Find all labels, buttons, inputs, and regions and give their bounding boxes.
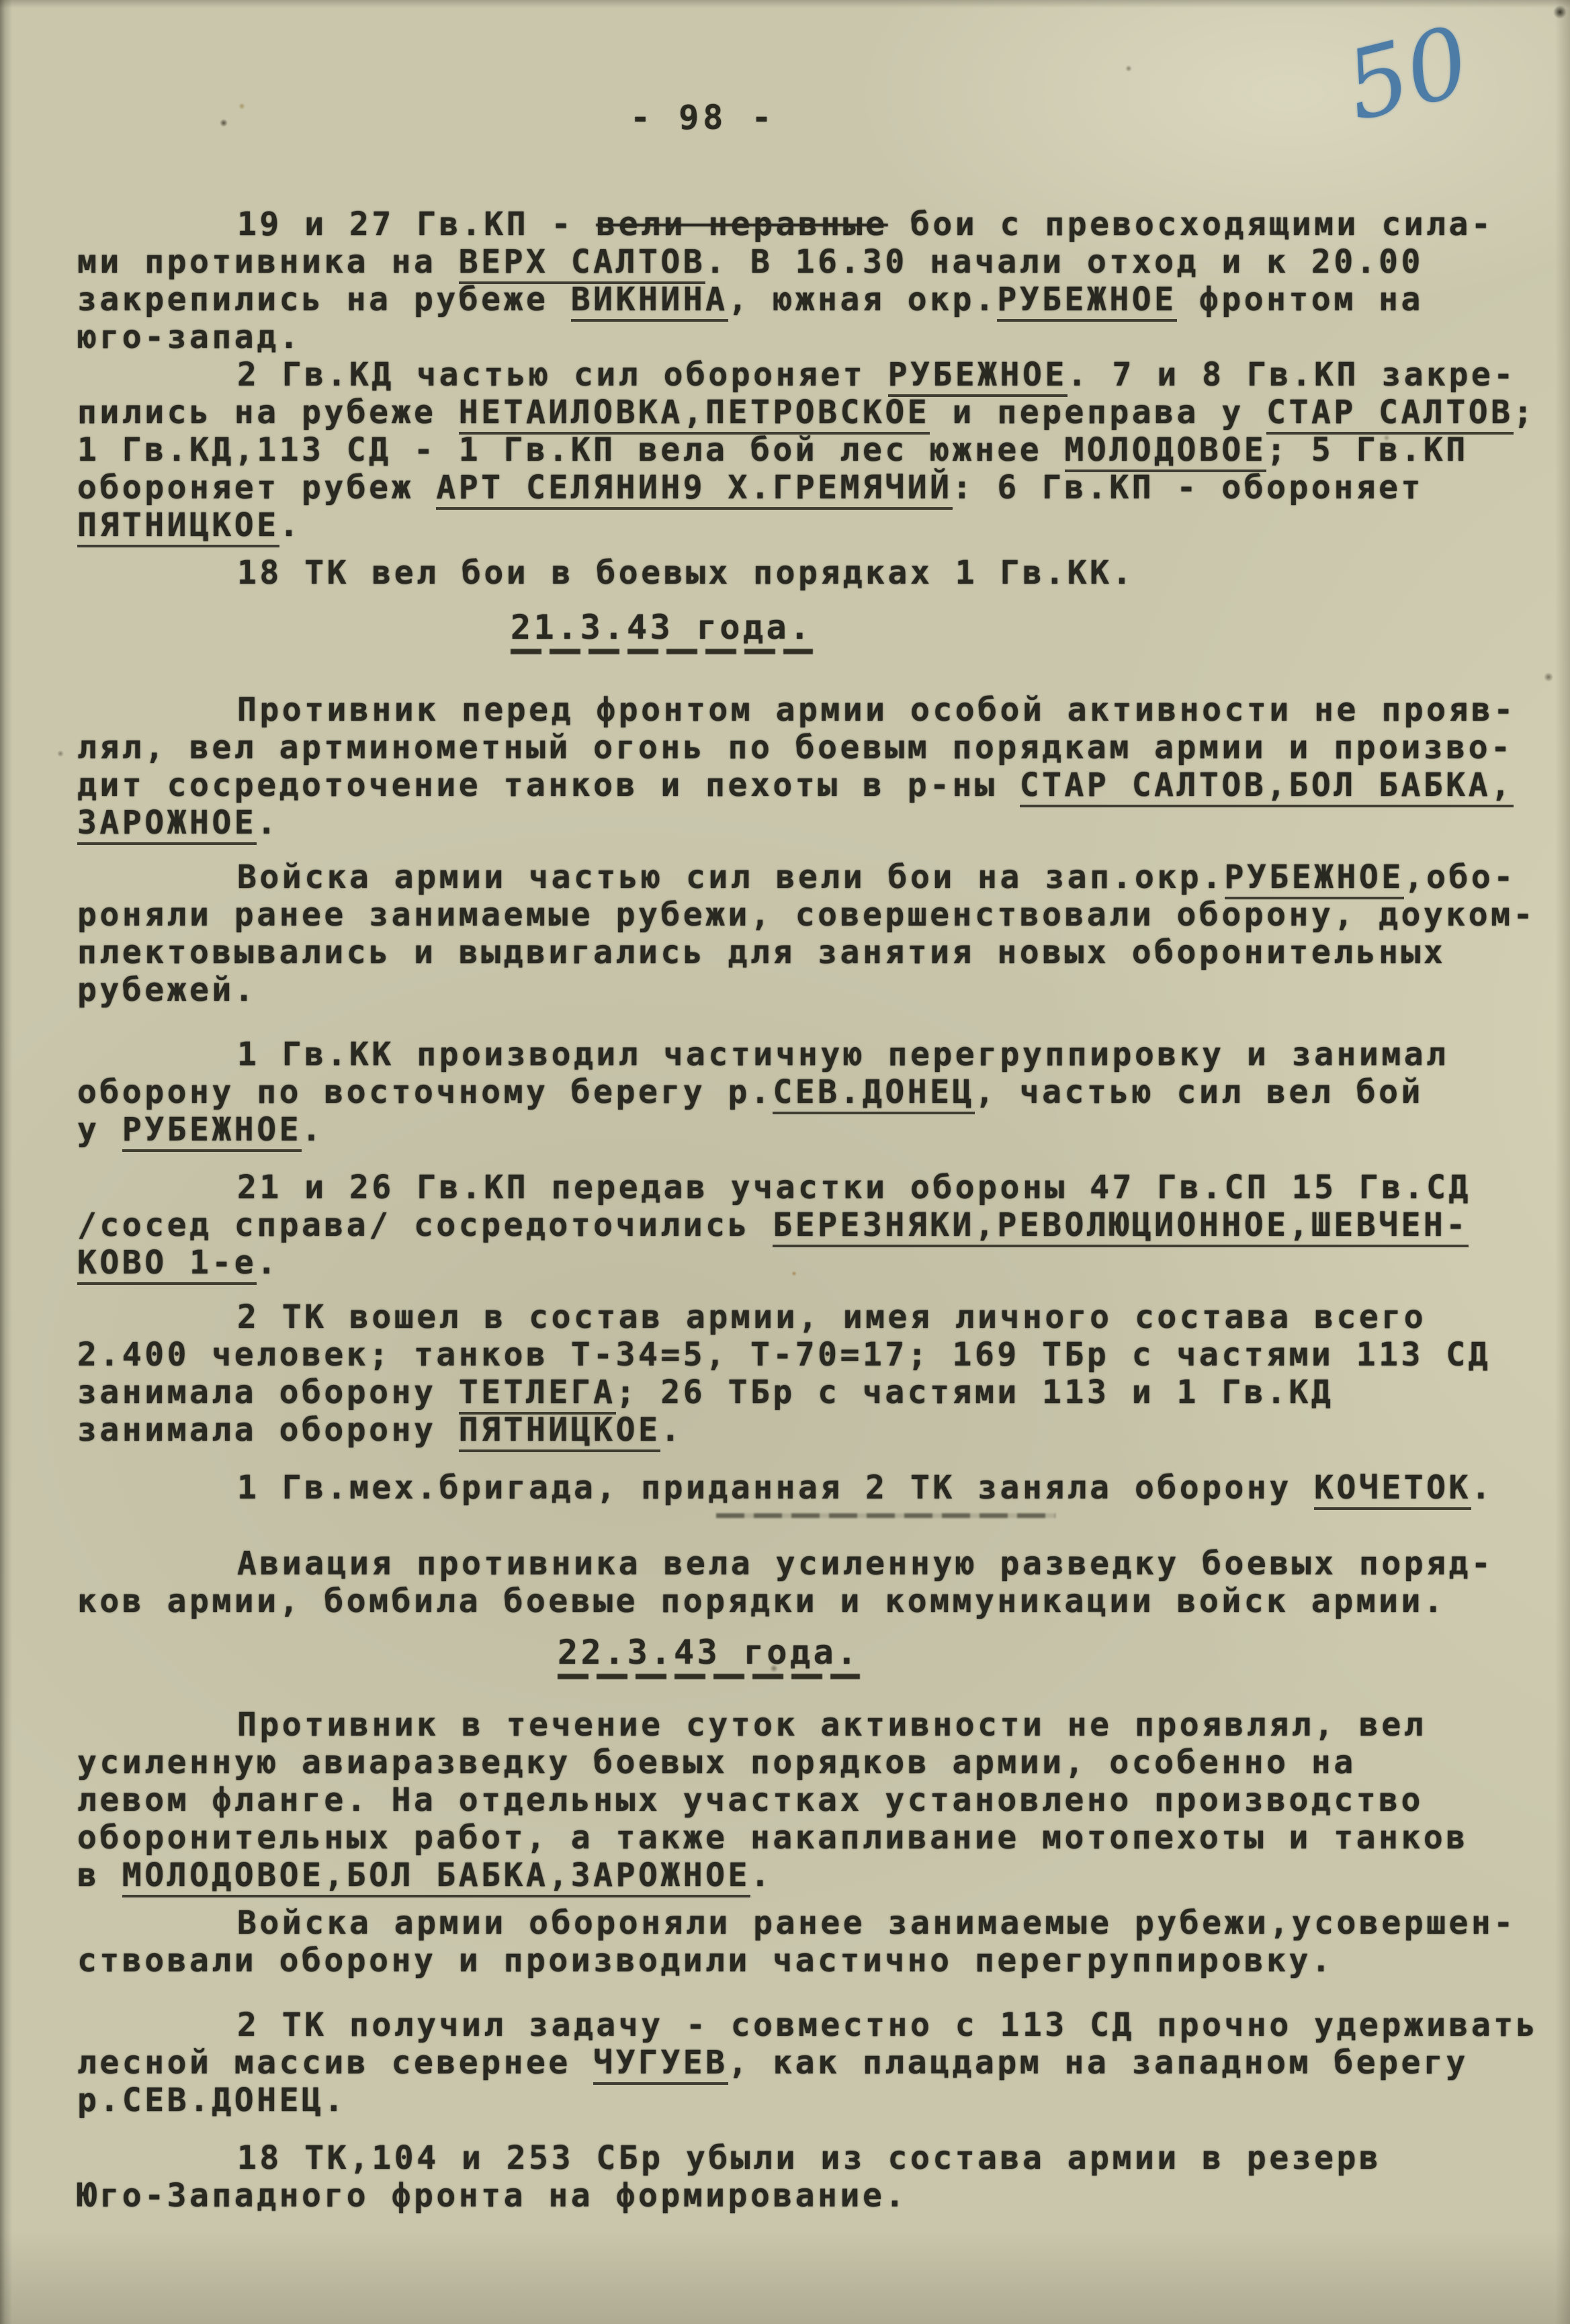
text-segment: оборонительных работ, а также накапливан… — [77, 1819, 1469, 1857]
text-line: 1 Гв.КК производил частичную перегруппир… — [77, 1036, 1528, 1073]
text-line: 2 ТК получил задачу - совместно с 113 СД… — [77, 2006, 1528, 2044]
place-name: КОЧЕТОК — [1314, 1469, 1471, 1510]
text-segment: . — [257, 1244, 279, 1282]
place-name: БЕРЕЗНЯКИ,РЕВОЛЮЦИОННОЕ,ШЕВЧЕН- — [773, 1206, 1468, 1247]
text-segment: : 6 Гв.КП - обороняет — [953, 469, 1424, 506]
place-name: АРТ СЕЛЯНИН9 Х.ГРЕМЯЧИЙ — [436, 469, 952, 510]
paragraph: Противник в течение суток активности не … — [77, 1706, 1528, 1894]
text-segment: ; 26 ТБр с частями 113 и 1 Гв.КД — [616, 1374, 1334, 1411]
text-segment: и переправа у — [930, 394, 1266, 431]
text-line: в МОЛОДОВОЕ,БОЛ БАБКА,ЗАРОЖНОЕ. — [77, 1857, 1528, 1894]
text-line: 19 и 27 Гв.КП - вели неравные бои с прев… — [77, 206, 1528, 243]
place-name: РУБЕЖНОЕ — [1225, 858, 1404, 899]
struck-text: вели неравные — [596, 206, 887, 243]
paragraph: Войска армии обороняли ранее занимаемые … — [77, 1904, 1528, 1979]
text-segment: 2 ТК получил задачу - совместно с 113 СД… — [237, 2006, 1538, 2044]
text-segment: . В 16.30 начали отход и к 20.00 — [705, 243, 1424, 281]
text-segment: 18 ТК,104 и 253 СБр убыли из состава арм… — [237, 2139, 1381, 2177]
text-line: у РУБЕЖНОЕ. — [77, 1111, 1528, 1149]
text-segment: 21 и 26 Гв.КП передав участки обороны 47… — [237, 1169, 1471, 1206]
text-line: занимала оборону ТЕТЛЕГА; 26 ТБр с частя… — [77, 1374, 1528, 1411]
text-line: юго-запад. — [77, 318, 1528, 356]
paragraph: Противник перед фронтом армии особой акт… — [77, 691, 1528, 842]
text-segment: ,обо- — [1404, 858, 1516, 896]
text-line: ПЯТНИЦКОЕ. — [77, 506, 1528, 544]
paragraph: 18 ТК,104 и 253 СБр убыли из состава арм… — [77, 2139, 1528, 2215]
text-segment: в — [77, 1857, 122, 1894]
text-segment: обороняет рубеж — [77, 469, 436, 506]
text-segment: роняли ранее занимаемые рубежи, совершен… — [77, 896, 1536, 934]
text-line: ков армии, бомбила боевые порядки и комм… — [77, 1582, 1528, 1620]
document-body: 19 и 27 Гв.КП - вели неравные бои с прев… — [77, 0, 1528, 2215]
place-name: ЗАРОЖНОЕ — [77, 804, 257, 845]
text-line: 2 ТК вошел в состав армии, имея личного … — [77, 1298, 1528, 1336]
date-heading-text: 21.3.43 года. — [511, 609, 813, 646]
text-segment: занимала оборону — [77, 1374, 459, 1411]
text-segment: /сосед справа/ сосредоточились — [77, 1206, 773, 1244]
text-segment: плектовывались и выдвигались для занятия… — [77, 934, 1446, 971]
text-line: закрепились на рубеже ВИКНИНА, южная окр… — [77, 281, 1528, 318]
paragraph: 2 ТК получил задачу - совместно с 113 СД… — [77, 2006, 1528, 2119]
text-segment: у — [77, 1111, 122, 1149]
text-segment: 1 Гв.мех.бригада, приданная 2 ТК заняла … — [237, 1469, 1314, 1507]
place-name: РУБЕЖНОЕ — [997, 281, 1176, 322]
text-segment: ми противника на — [77, 243, 459, 281]
text-segment: . — [257, 804, 279, 842]
text-line: КОВО 1-е. — [77, 1244, 1528, 1282]
text-line: 18 ТК вел бои в боевых порядках 1 Гв.КК. — [77, 554, 1528, 592]
place-name: МОЛОДОВОЕ — [1065, 431, 1267, 472]
place-name: ПЯТНИЦКОЕ — [459, 1411, 661, 1452]
text-segment: . — [660, 1411, 683, 1449]
paragraph: 2 ТК вошел в состав армии, имея личного … — [77, 1298, 1528, 1449]
text-segment: р.СЕВ.ДОНЕЦ. — [77, 2082, 347, 2119]
text-line: усиленную авиаразведку боевых порядков а… — [77, 1744, 1528, 1781]
text-line: Противник перед фронтом армии особой акт… — [77, 691, 1528, 729]
place-name: КОВО 1-е — [77, 1244, 257, 1285]
text-line: дит сосредоточение танков и пехоты в р-н… — [77, 766, 1528, 804]
text-segment: , частью сил вел бой — [975, 1073, 1424, 1111]
text-segment: ; 5 Гв.КП — [1266, 431, 1469, 469]
text-segment: Войска армии обороняли ранее занимаемые … — [237, 1904, 1516, 1942]
place-name: ВЕРХ САЛТОВ — [459, 243, 705, 284]
place-name: РУБЕЖНОЕ — [122, 1111, 302, 1152]
paragraph: 18 ТК вел бои в боевых порядках 1 Гв.КК. — [77, 554, 1528, 592]
text-segment: бои с превосходящими сила- — [888, 206, 1494, 243]
text-segment: 1 Гв.КД,113 СД - 1 Гв.КП вела бой лес юж… — [77, 431, 1065, 469]
paragraph: 2 Гв.КД частью сил обороняет РУБЕЖНОЕ. 7… — [77, 356, 1528, 544]
text-line: левом фланге. На отдельных участках уста… — [77, 1781, 1528, 1819]
text-segment: 19 и 27 Гв.КП - — [237, 206, 596, 243]
heading-underline — [558, 1674, 860, 1679]
text-line: 1 Гв.КД,113 СД - 1 Гв.КП вела бой лес юж… — [77, 431, 1528, 469]
text-segment: . 7 и 8 Гв.КП закре- — [1067, 356, 1516, 394]
place-name: НЕТАИЛОВКА,ПЕТРОВСКОЕ — [459, 394, 930, 435]
text-segment: , как плацдарм на западном берегу — [728, 2044, 1469, 2082]
paragraph: 19 и 27 Гв.КП - вели неравные бои с прев… — [77, 206, 1528, 356]
text-line: 2.400 человек; танков Т-34=5, Т-70=17; 1… — [77, 1336, 1528, 1374]
text-line: 1 Гв.мех.бригада, приданная 2 ТК заняла … — [77, 1469, 1528, 1507]
place-name: ТЕТЛЕГА — [459, 1374, 616, 1415]
place-name: МОЛОДОВОЕ,БОЛ БАБКА,ЗАРОЖНОЕ — [122, 1857, 750, 1897]
text-line: 18 ТК,104 и 253 СБр убыли из состава арм… — [77, 2139, 1528, 2177]
text-line: занимала оборону ПЯТНИЦКОЕ. — [77, 1411, 1528, 1449]
text-segment: 2 ТК вошел в состав армии, имея личного … — [237, 1298, 1426, 1336]
text-segment: . — [302, 1111, 324, 1149]
place-name: СТАР САЛТОВ — [1266, 394, 1513, 435]
text-line: Авиация противника вела усиленную развед… — [77, 1545, 1528, 1582]
paragraph: Авиация противника вела усиленную развед… — [77, 1545, 1528, 1620]
text-segment: . — [1471, 1469, 1493, 1507]
paragraph: Войска армии частью сил вели бои на зап.… — [77, 858, 1528, 1009]
text-segment: лесной массив севернее — [77, 2044, 593, 2082]
text-segment: 18 ТК вел бои в боевых порядках 1 Гв.КК. — [237, 554, 1135, 592]
text-line: ствовали оборону и производили частично … — [77, 1942, 1528, 1979]
text-segment: лял, вел артминометный огонь по боевым п… — [77, 729, 1514, 766]
text-segment: левом фланге. На отдельных участках уста… — [77, 1781, 1424, 1819]
scanned-document-page: { "page": { "number_label": "- 98 -", "h… — [0, 0, 1570, 2324]
text-segment: Авиация противника вела усиленную развед… — [237, 1545, 1493, 1582]
text-segment: ков армии, бомбила боевые порядки и комм… — [77, 1582, 1446, 1620]
text-segment: 2 Гв.КД частью сил обороняет — [237, 356, 888, 394]
paragraph: 1 Гв.мех.бригада, приданная 2 ТК заняла … — [77, 1469, 1528, 1507]
text-segment: фронтом на — [1177, 281, 1424, 318]
text-line: Войска армии частью сил вели бои на зап.… — [77, 858, 1528, 896]
text-segment: . — [279, 506, 302, 544]
text-segment: 1 Гв.КК производил частичную перегруппир… — [237, 1036, 1449, 1073]
place-name: РУБЕЖНОЕ — [888, 356, 1067, 397]
paragraph: 21 и 26 Гв.КП передав участки обороны 47… — [77, 1169, 1528, 1282]
text-line: ЗАРОЖНОЕ. — [77, 804, 1528, 842]
text-line: обороняет рубеж АРТ СЕЛЯНИН9 Х.ГРЕМЯЧИЙ:… — [77, 469, 1528, 506]
date-heading-text: 22.3.43 года. — [558, 1634, 860, 1671]
text-line: рубежей. — [77, 971, 1528, 1009]
text-line: Юго-Западного фронта на формирование. — [77, 2177, 1528, 2215]
text-segment: . — [750, 1857, 773, 1894]
text-segment: Войска армии частью сил вели бои на зап.… — [237, 858, 1225, 896]
text-line: р.СЕВ.ДОНЕЦ. — [77, 2082, 1528, 2119]
text-segment: Противник перед фронтом армии особой акт… — [237, 691, 1516, 729]
text-segment: , южная окр. — [728, 281, 998, 318]
text-line: 21 и 26 Гв.КП передав участки обороны 47… — [77, 1169, 1528, 1206]
place-name: ПЯТНИЦКОЕ — [77, 506, 279, 547]
text-line: лесной массив севернее ЧУГУЕВ, как плацд… — [77, 2044, 1528, 2082]
text-line: плектовывались и выдвигались для занятия… — [77, 934, 1528, 971]
text-segment: ; — [1514, 394, 1536, 431]
heading-underline — [511, 649, 813, 654]
text-segment: 2.400 человек; танков Т-34=5, Т-70=17; 1… — [77, 1336, 1491, 1374]
place-name: ВИКНИНА — [571, 281, 728, 322]
text-line: /сосед справа/ сосредоточились БЕРЕЗНЯКИ… — [77, 1206, 1528, 1244]
text-line: 2 Гв.КД частью сил обороняет РУБЕЖНОЕ. 7… — [77, 356, 1528, 394]
text-segment: юго-запад. — [77, 318, 302, 356]
paragraph: 1 Гв.КК производил частичную перегруппир… — [77, 1036, 1528, 1149]
dashed-separator — [716, 1513, 1055, 1518]
place-name: СТАР САЛТОВ,БОЛ БАБКА, — [1020, 766, 1514, 807]
text-segment: Противник в течение суток активности не … — [237, 1706, 1426, 1744]
text-segment: дит сосредоточение танков и пехоты в р-н… — [77, 766, 1020, 804]
text-segment: занимала оборону — [77, 1411, 459, 1449]
text-segment: ствовали оборону и производили частично … — [77, 1942, 1334, 1979]
text-segment: пились на рубеже — [77, 394, 459, 431]
date-heading: 21.3.43 года. — [511, 609, 813, 654]
text-segment: оборону по восточному берегу р. — [77, 1073, 773, 1111]
text-line: оборонительных работ, а также накапливан… — [77, 1819, 1528, 1857]
text-line: пились на рубеже НЕТАИЛОВКА,ПЕТРОВСКОЕ и… — [77, 394, 1528, 431]
text-line: оборону по восточному берегу р.СЕВ.ДОНЕЦ… — [77, 1073, 1528, 1111]
date-heading: 22.3.43 года. — [558, 1634, 860, 1679]
text-line: роняли ранее занимаемые рубежи, совершен… — [77, 896, 1528, 934]
text-segment: усиленную авиаразведку боевых порядков а… — [77, 1744, 1356, 1781]
text-line: Войска армии обороняли ранее занимаемые … — [77, 1904, 1528, 1942]
place-name: ЧУГУЕВ — [593, 2044, 728, 2085]
text-segment: рубежей. — [77, 971, 257, 1009]
text-line: ми противника на ВЕРХ САЛТОВ. В 16.30 на… — [77, 243, 1528, 281]
text-line: лял, вел артминометный огонь по боевым п… — [77, 729, 1528, 766]
place-name: СЕВ.ДОНЕЦ — [773, 1073, 975, 1114]
text-line: Противник в течение суток активности не … — [77, 1706, 1528, 1744]
text-segment: закрепились на рубеже — [77, 281, 571, 318]
text-segment: Юго-Западного фронта на формирование. — [77, 2177, 908, 2215]
